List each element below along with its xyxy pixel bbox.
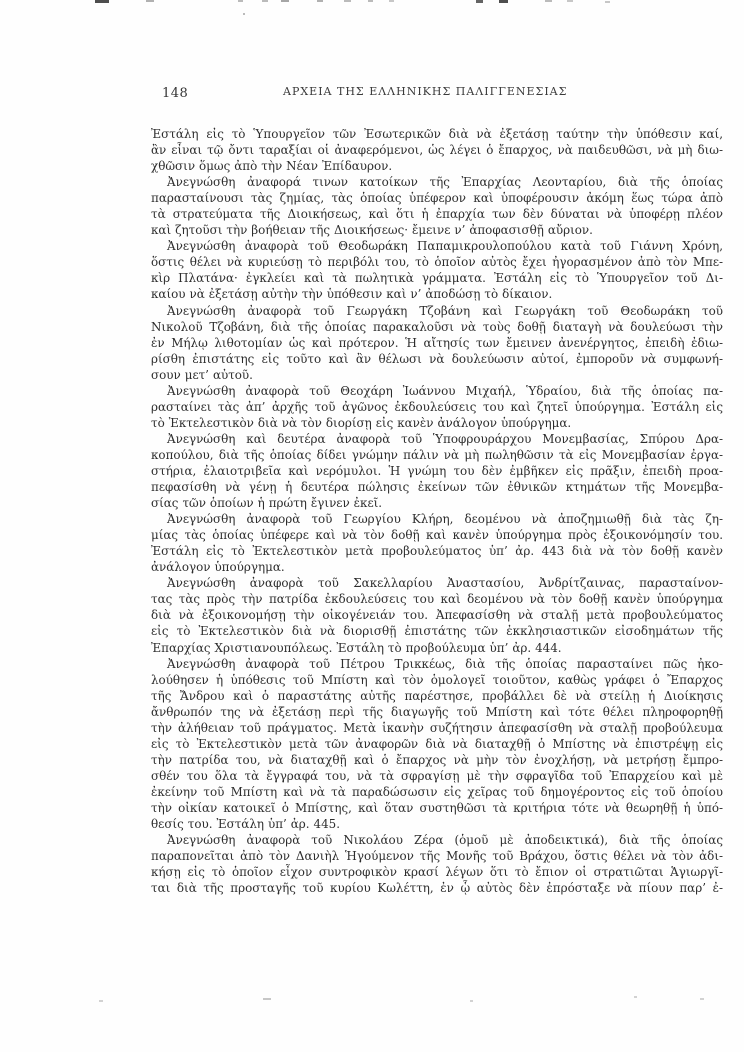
text-line: εἰς τὸ Ἐκτελεστικὸν μετὰ τῶν ἀναφορῶν δι… bbox=[151, 736, 723, 752]
text-line: ἐν Μήλῳ λιθοτομίαν ὡς καὶ πρότερον. Ἡ αἴ… bbox=[151, 335, 723, 351]
text-line: ρασταίνει τὰς ἀπ’ ἀρχῆς τοῦ ἀγῶνος ἐκδου… bbox=[151, 399, 723, 415]
text-line: τὴν πατρίδα του, νὰ διαταχθῇ καὶ ὁ ἔπαρχ… bbox=[151, 752, 723, 768]
scan-artifact bbox=[470, 1000, 473, 1002]
scan-artifact bbox=[263, 998, 271, 1000]
text-line: σθέν του ὅλα τὰ ἔγγραφά του, νὰ τὰ σφραγ… bbox=[151, 768, 723, 784]
scan-artifact bbox=[281, 0, 289, 2]
text-line: Ἀνεγνώσθη ἀναφορά τινων κατοίκων τῆς Ἐπα… bbox=[151, 174, 723, 190]
text-line: Ἀνεγνώσθη ἀναφορὰ τοῦ Πέτρου Τρικκέως, δ… bbox=[151, 656, 723, 672]
paragraph: Ἀνεγνώσθη ἀναφορὰ τοῦ Γεωργάκη Τζοβάνη κ… bbox=[151, 303, 723, 383]
paragraph: Ἀνεγνώσθη ἀναφορὰ τοῦ Θεοδωράκη Παπαμικρ… bbox=[151, 238, 723, 302]
text-line: διὰ νὰ ἐξοικονομήσῃ τὴν οἰκογένειάν του.… bbox=[151, 607, 723, 623]
scan-artifact bbox=[605, 1, 610, 3]
text-line: πεφασίσθη νὰ γένῃ ἡ δευτέρα πώλησις ἐκεί… bbox=[151, 479, 723, 495]
scan-artifact bbox=[634, 996, 637, 998]
scanned-book-page: 148 ΑΡΧΕΙΑ ΤΗΣ ΕΛΛΗΝΙΚΗΣ ΠΑΛΙΓΓΕΝΕΣΙΑΣ Ἐ… bbox=[0, 0, 744, 1052]
text-line: σίας τῶν ὁποίων ἡ πρώτη ἔγινεν ἐκεῖ. bbox=[151, 495, 723, 511]
text-line: λούθησεν ἡ ὑπόθεσις τοῦ Μπίστη καὶ τὸν ὁ… bbox=[151, 672, 723, 688]
text-line: Ἀνεγνώσθη ἀναφορὰ τοῦ Θεοχάρη Ἰωάννου Μι… bbox=[151, 383, 723, 399]
scan-artifact bbox=[545, 0, 552, 2]
scan-artifact bbox=[368, 0, 373, 2]
text-line: Ἀνεγνώσθη ἀναφορὰ τοῦ Σακελλαρίου Ἀναστα… bbox=[151, 575, 723, 591]
paragraph: Ἀνεγνώσθη ἀναφορὰ τοῦ Θεοχάρη Ἰωάννου Μι… bbox=[151, 383, 723, 431]
paragraph: Ἀνεγνώσθη ἀναφορά τινων κατοίκων τῆς Ἐπα… bbox=[151, 174, 723, 238]
text-line: μίας τὰς ὁποίας ὑπέφερε καὶ νὰ τὸν δοθῇ … bbox=[151, 527, 723, 543]
text-line: ἄνθρωπόν της νὰ ἐξετάσῃ περὶ τῆς διαγωγῆ… bbox=[151, 704, 723, 720]
scan-artifact bbox=[499, 0, 508, 3]
text-line: Ἐστάλη εἰς τὸ Ἐκτελεστικὸν μετὰ προβουλε… bbox=[151, 543, 723, 559]
text-line: Ἐπαρχίας Χριστιανουπόλεως. Ἐστάλη τὸ προ… bbox=[151, 640, 723, 656]
text-line: ρίσθη ἐπιστάτης εἰς τοῦτο καὶ ἂν θέλωσι … bbox=[151, 351, 723, 367]
paragraph: Ἀνεγνώσθη ἀναφορὰ τοῦ Πέτρου Τρικκέως, δ… bbox=[151, 656, 723, 833]
page-number: 148 bbox=[162, 86, 188, 101]
scan-artifact bbox=[262, 0, 268, 2]
paragraph: Ἐστάλη εἰς τὸ Ὑπουργεῖον τῶν Ἐσωτερικῶν … bbox=[151, 126, 723, 174]
scan-artifact bbox=[99, 1000, 103, 1002]
text-line: χθῶσιν ὅμως ἀπὸ τὴν Νέαν Ἐπίδαυρον. bbox=[151, 158, 723, 174]
scan-artifact bbox=[243, 13, 245, 15]
text-line: Ἀνεγνώσθη καὶ δευτέρα ἀναφορὰ τοῦ Ὑποφρο… bbox=[151, 431, 723, 447]
text-line: καίου νὰ ἐξετάσῃ αὐτὴν τὴν ὑπόθεσιν καὶ … bbox=[151, 286, 723, 302]
running-header-title: ΑΡΧΕΙΑ ΤΗΣ ΕΛΛΗΝΙΚΗΣ ΠΑΛΙΓΓΕΝΕΣΙΑΣ bbox=[283, 85, 567, 98]
text-line: Ἀνεγνώσθη ἀναφορὰ τοῦ Γεωργίου Κλήρη, δε… bbox=[151, 511, 723, 527]
scan-artifact bbox=[317, 0, 323, 2]
text-line: θεσίς του. Ἐστάλη ὑπ’ ἀρ. 445. bbox=[151, 816, 723, 832]
text-line: κήσῃ εἰς τὸ ὁποῖον εἶχον συντροφικὸν κρα… bbox=[151, 864, 723, 880]
text-line: παραπονεῖται ἀπὸ τὸν Δανιὴλ Ἡγούμενον τῆ… bbox=[151, 848, 723, 864]
scan-artifact bbox=[146, 0, 154, 2]
paragraph: Ἀνεγνώσθη ἀναφορὰ τοῦ Σακελλαρίου Ἀναστα… bbox=[151, 575, 723, 655]
text-line: στήρια, ἐλαιοτριβεῖα καὶ νερόμυλοι. Ἡ γν… bbox=[151, 463, 723, 479]
text-line: σουν μετ’ αὐτοῦ. bbox=[151, 367, 723, 383]
text-line: τῆς Ἄνδρου καὶ ὁ παραστάτης αὐτῆς παρέστ… bbox=[151, 688, 723, 704]
paragraph: Ἀνεγνώσθη ἀναφορὰ τοῦ Νικολάου Ζέρα (ὁμο… bbox=[151, 832, 723, 896]
text-line: Νικολοῦ Τζοβάνη, διὰ τῆς ὁποίας παρακαλο… bbox=[151, 319, 723, 335]
scan-artifact bbox=[476, 0, 483, 3]
text-line: ται διὰ τῆς προσταγῆς τοῦ κυρίου Κωλέττη… bbox=[151, 880, 723, 896]
text-line: ἐκείνην τοῦ Μπίστη καὶ νὰ τὰ παραδώσωσιν… bbox=[151, 784, 723, 800]
text-line: ἂν εἶναι τῷ ὄντι ταραξίαι οἱ ἀναφερόμενο… bbox=[151, 142, 723, 158]
text-line: τας τὰς πρὸς τὴν πατρίδα ἐκδουλεύσεις το… bbox=[151, 591, 723, 607]
text-line: εἰς τὸ Ἐκτελεστικὸν διὰ νὰ διορισθῇ ἐπισ… bbox=[151, 623, 723, 639]
text-line: Ἀνεγνώσθη ἀναφορὰ τοῦ Θεοδωράκη Παπαμικρ… bbox=[151, 238, 723, 254]
text-line: τὴν οἰκίαν κατοικεῖ ὁ Μπίστης, καὶ ὅταν … bbox=[151, 800, 723, 816]
scan-artifact bbox=[700, 998, 704, 1000]
paragraph: Ἀνεγνώσθη ἀναφορὰ τοῦ Γεωργίου Κλήρη, δε… bbox=[151, 511, 723, 575]
scan-artifact bbox=[95, 0, 109, 3]
text-line: κοπούλου, διὰ τῆς ὁποίας δίδει γνώμην πά… bbox=[151, 447, 723, 463]
text-line: κὶρ Πλατάνα· ἐγκλείει καὶ τὰ πωλητικὰ γρ… bbox=[151, 270, 723, 286]
text-line: ὅστις θέλει νὰ κυριεύσῃ τὸ περιβόλι του,… bbox=[151, 254, 723, 270]
text-line: καὶ ζητοῦσι τὴν βοήθειαν τῆς Διοικήσεως·… bbox=[151, 222, 723, 238]
text-line: ἀνάλογον ὑπούργημα. bbox=[151, 559, 723, 575]
text-line: τὰ στρατεύματα τῆς Διοικήσεως, καὶ ὅτι ἡ… bbox=[151, 206, 723, 222]
text-line: Ἀνεγνώσθη ἀναφορὰ τοῦ Γεωργάκη Τζοβάνη κ… bbox=[151, 303, 723, 319]
scan-artifact bbox=[344, 0, 351, 2]
text-line: τὸ Ἐκτελεστικὸν διὰ νὰ τὸν διορίσῃ εἰς κ… bbox=[151, 415, 723, 431]
text-line: παρασταίνουσι τὰς ζημίας, τὰς ὁποίας ὑπέ… bbox=[151, 190, 723, 206]
scan-artifact bbox=[238, 0, 243, 2]
text-line: Ἐστάλη εἰς τὸ Ὑπουργεῖον τῶν Ἐσωτερικῶν … bbox=[151, 126, 723, 142]
page-body: Ἐστάλη εἰς τὸ Ὑπουργεῖον τῶν Ἐσωτερικῶν … bbox=[151, 126, 723, 896]
text-line: Ἀνεγνώσθη ἀναφορὰ τοῦ Νικολάου Ζέρα (ὁμο… bbox=[151, 832, 723, 848]
paragraph: Ἀνεγνώσθη καὶ δευτέρα ἀναφορὰ τοῦ Ὑποφρο… bbox=[151, 431, 723, 511]
text-line: τὴν ἀλήθειαν τοῦ πράγματος. Μετὰ ἱκανὴν … bbox=[151, 720, 723, 736]
scan-artifact bbox=[389, 0, 394, 2]
scan-artifact bbox=[567, 0, 573, 2]
